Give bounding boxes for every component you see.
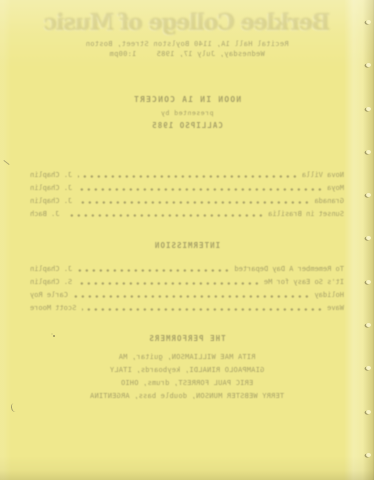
binding-hole [366, 150, 371, 154]
date-text: Wednesday, July 17, 1985 [156, 50, 264, 58]
binding-hole [366, 63, 371, 67]
program-row: Nova Villa J. Chaplin [30, 166, 344, 179]
binding-hole [366, 453, 371, 457]
presented-by: presented by [0, 109, 374, 117]
ensemble-name: CALLIPSO 1985 [0, 121, 374, 130]
performer-line: GIAMPAOLO RINALDI, keyboards, ITALY [0, 366, 374, 379]
binding-hole [366, 20, 371, 24]
dot-leader [78, 269, 228, 272]
song-title: Nova Villa [302, 171, 344, 179]
recital-title: NOON IN 1A CONCERT [0, 95, 374, 104]
program-row: Granada J. Chaplin [30, 192, 344, 205]
binding-hole [366, 107, 371, 111]
program-row: It's So Easy for Me S. Chaplin [30, 273, 344, 286]
program-row: Holiday Carle Roy [30, 286, 344, 299]
song-title: To Remember A Day Departed [234, 265, 344, 273]
program-first-half: Nova Villa J. Chaplin Moya J. Chaplin Gr… [30, 166, 344, 218]
time-text: 1:00pm [109, 50, 136, 58]
program-row: To Remember A Day Departed J. Chaplin [30, 260, 344, 273]
program-row: Sunset in Brasilia J. Bach [30, 205, 344, 218]
composer-name: J. Chaplin [30, 197, 72, 205]
performers-heading: THE PERFORMERS [0, 334, 374, 343]
dot-leader [78, 188, 321, 191]
composer-name: J. Chaplin [30, 265, 72, 273]
song-title: Wave [327, 304, 344, 312]
song-title: It's So Easy for Me [264, 278, 344, 286]
song-title: Holiday [314, 291, 344, 299]
bleed-through-content: Berklee College of Music Recital Hall 1A… [0, 0, 374, 480]
binding-hole [366, 280, 371, 284]
binding-hole [366, 236, 371, 240]
composer-name: Scott Moore [30, 304, 76, 312]
composer-name: Carle Roy [30, 291, 68, 299]
intermission-heading: INTERMISSION [0, 241, 374, 250]
program-row: Moya J. Chaplin [30, 179, 344, 192]
dot-leader [66, 214, 263, 217]
binding-hole [366, 193, 371, 197]
song-title: Sunset in Brasilia [268, 210, 344, 218]
dot-leader [78, 175, 296, 178]
binding-hole [366, 323, 371, 327]
program-row: Wave Scott Moore [30, 299, 344, 312]
performer-line: ERIC PAUL FORREST, drums, OHIO [0, 379, 374, 392]
venue-line: Recital Hall 1A, 1140 Boylston Street, B… [0, 40, 374, 48]
program-logo: Berklee College of Music [0, 10, 374, 36]
dot-leader [74, 295, 309, 298]
performer-line: TERRY WEBSTER MUNSON, double bass, ARGEN… [0, 392, 374, 405]
date-line: Wednesday, July 17, 19851:00pm [0, 50, 374, 58]
dot-leader [82, 308, 321, 311]
song-title: Granada [314, 197, 344, 205]
binding-hole [366, 410, 371, 414]
composer-name: J. Chaplin [30, 184, 72, 192]
composer-name: S. Chaplin [30, 278, 72, 286]
composer-name: J. Chaplin [30, 171, 72, 179]
performer-line: RITA MAE WILLIAMSON, guitar, MA [0, 353, 374, 366]
dot-leader [78, 282, 258, 285]
dot-leader [78, 201, 308, 204]
composer-name: J. Bach [30, 210, 60, 218]
program-second-half: To Remember A Day Departed J. Chaplin It… [30, 260, 344, 312]
binding-hole [366, 366, 371, 370]
song-title: Moya [327, 184, 344, 192]
scanned-page: Berklee College of Music Recital Hall 1A… [0, 0, 374, 480]
